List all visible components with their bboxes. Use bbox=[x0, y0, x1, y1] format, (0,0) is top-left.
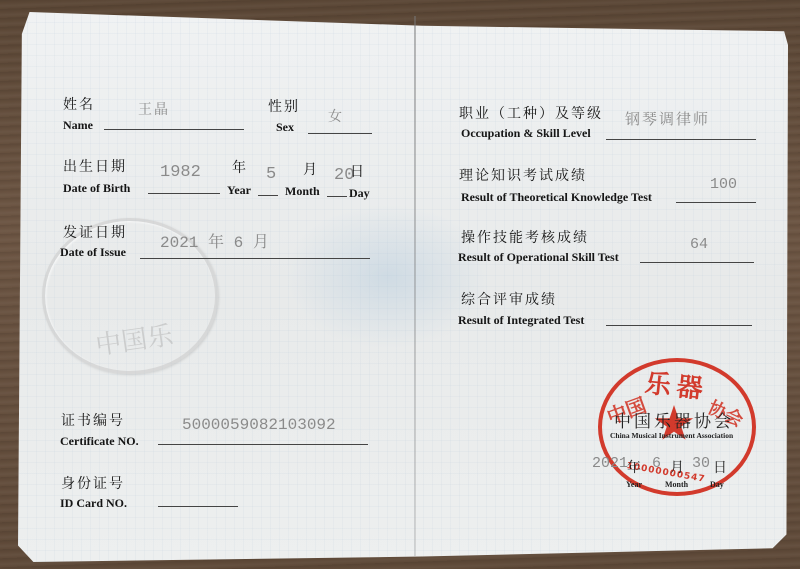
dob-month-en: Month bbox=[285, 184, 320, 199]
stamp-day-value: 30 bbox=[692, 455, 710, 472]
stamp-year-en: Year bbox=[626, 480, 642, 489]
dob-month-value: 5 bbox=[266, 165, 276, 184]
certificate-no-label-cn: 证书编号 bbox=[61, 410, 125, 430]
seal-org-cn: 中国乐器协会 bbox=[614, 407, 734, 432]
dob-year-line bbox=[148, 193, 220, 194]
dob-label-cn: 出生日期 bbox=[63, 156, 127, 176]
stamp-year-cn: 年 bbox=[627, 457, 643, 477]
dob-day-cn: 日 bbox=[350, 161, 366, 181]
stamp-month-en: Month bbox=[665, 480, 688, 489]
issue-date-label-en: Date of Issue bbox=[60, 245, 126, 260]
theoretical-label-cn: 理论知识考试成绩 bbox=[459, 165, 587, 185]
certificate-no-label-en: Certificate NO. bbox=[60, 434, 139, 449]
occupation-label-en: Occupation & Skill Level bbox=[461, 126, 591, 141]
sex-line bbox=[308, 133, 372, 134]
seal-org-en: China Musical Instrument Association bbox=[610, 431, 733, 440]
issue-date-value: 2021 年 6 月 bbox=[160, 229, 269, 252]
name-value: 王晶 bbox=[138, 99, 170, 119]
dob-label-en: Date of Birth bbox=[63, 181, 130, 196]
id-card-label-cn: 身份证号 bbox=[61, 473, 125, 493]
id-card-label-en: ID Card NO. bbox=[60, 496, 127, 511]
name-line bbox=[104, 129, 244, 130]
theoretical-value: 100 bbox=[710, 176, 737, 193]
stamp-day-cn: 日 bbox=[713, 457, 729, 477]
dob-day-en: Day bbox=[349, 186, 370, 201]
occupation-line bbox=[606, 139, 756, 140]
integrated-label-cn: 综合评审成绩 bbox=[461, 289, 557, 309]
integrated-label-en: Result of Integrated Test bbox=[458, 313, 584, 328]
occupation-label-cn: 职业（工种）及等级 bbox=[459, 103, 603, 123]
operational-value: 64 bbox=[690, 236, 708, 253]
operational-label-en: Result of Operational Skill Test bbox=[458, 250, 619, 265]
name-label-en: Name bbox=[63, 118, 93, 133]
stamp-day-en: Day bbox=[710, 480, 724, 489]
issue-date-label-cn: 发证日期 bbox=[63, 222, 127, 242]
dob-month-cn: 月 bbox=[303, 159, 319, 179]
issue-date-line bbox=[140, 258, 370, 259]
id-card-line bbox=[158, 506, 238, 507]
theoretical-label-en: Result of Theoretical Knowledge Test bbox=[461, 190, 652, 205]
dob-year-cn: 年 bbox=[232, 157, 248, 177]
name-label-cn: 姓名 bbox=[63, 94, 95, 114]
dob-year-en: Year bbox=[227, 183, 251, 198]
dob-year-value: 1982 bbox=[160, 163, 201, 182]
occupation-value: 钢琴调律师 bbox=[625, 108, 710, 129]
dob-day-line bbox=[327, 196, 347, 197]
stamp-month-value: 6 bbox=[652, 455, 661, 472]
stamp-year-value: 2021 bbox=[592, 455, 628, 472]
sex-label-en: Sex bbox=[276, 120, 294, 135]
stamp-month-cn: 月 bbox=[670, 457, 686, 477]
sex-label-cn: 性别 bbox=[268, 96, 300, 116]
theoretical-line bbox=[676, 202, 756, 203]
integrated-line bbox=[606, 325, 752, 326]
dob-month-line bbox=[258, 195, 278, 196]
operational-label-cn: 操作技能考核成绩 bbox=[461, 227, 589, 247]
booklet-spine bbox=[414, 16, 416, 556]
sex-value: 女 bbox=[328, 106, 344, 126]
seal-ring-text-top: 乐器 bbox=[643, 363, 711, 406]
operational-line bbox=[640, 262, 754, 263]
certificate-no-line bbox=[158, 444, 368, 445]
certificate-no-value: 5000059082103092 bbox=[182, 416, 336, 434]
